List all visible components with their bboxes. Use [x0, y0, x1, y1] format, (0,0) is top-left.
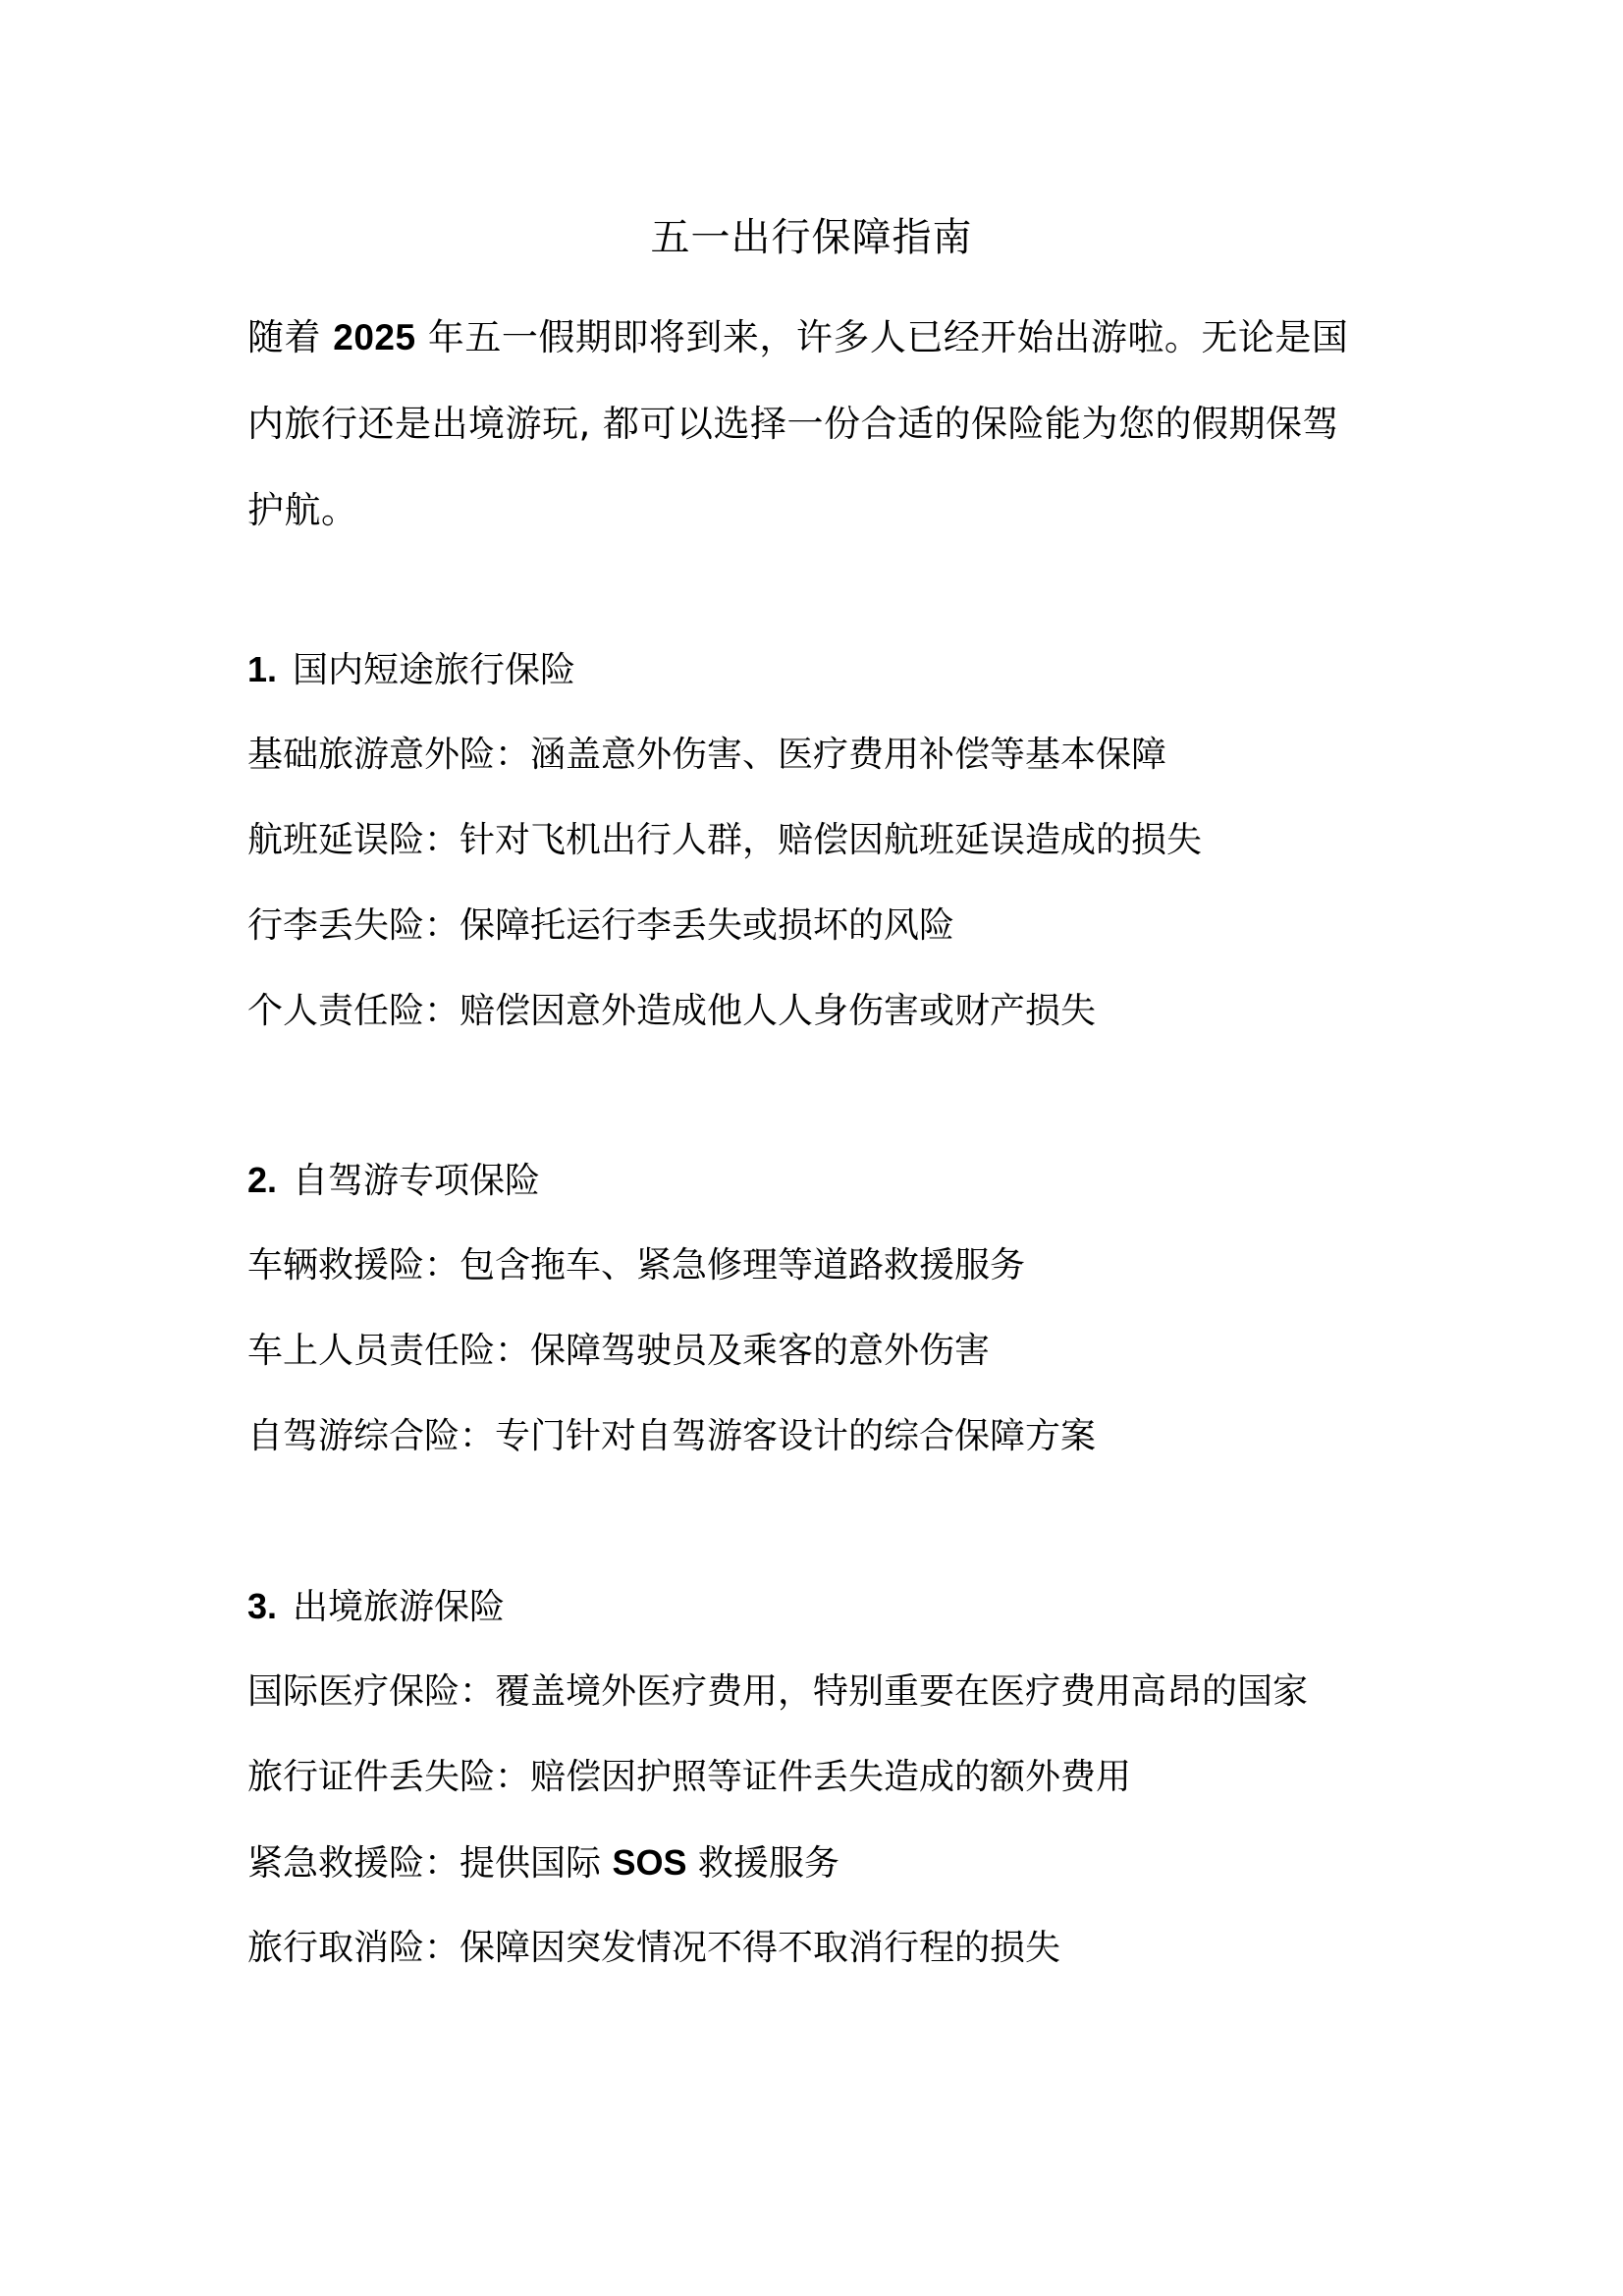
list-item: 基础旅游意外险：涵盖意外伤害、医疗费用补偿等基本保障 — [247, 726, 1426, 785]
intro-line-2: 内旅行还是出境游玩, 都可以选择一份合适的保险能为您的假期保驾 — [247, 381, 1396, 467]
list-item: 车辆救援险：包含拖车、紧急修理等道路救援服务 — [247, 1236, 1426, 1295]
list-item: 旅行证件丢失险：赔偿因护照等证件丢失造成的额外费用 — [247, 1748, 1426, 1807]
list-item: 航班延误险：针对飞机出行人群，赔偿因航班延误造成的损失 — [247, 811, 1426, 870]
list-item: 个人责任险：赔偿因意外造成他人人身伤害或财产损失 — [247, 982, 1426, 1041]
section-outbound-travel: 3.出境旅游保险 国际医疗保险：覆盖境外医疗费用，特别重要在医疗费用高昂的国家 … — [247, 1577, 1426, 1978]
list-item: 紧急救援险：提供国际 SOS 救援服务 — [247, 1833, 1426, 1892]
intro-line-3: 护航。 — [247, 467, 1396, 554]
item-text-pre: 紧急救援险：提供国际 — [247, 1843, 612, 1884]
intro-line-1: 随着 2025 年五一假期即将到来，许多人已经开始出游啦。无论是国 — [247, 295, 1396, 381]
section-title: 自驾游专项保险 — [293, 1161, 540, 1201]
section-self-drive: 2.自驾游专项保险 车辆救援险：包含拖车、紧急修理等道路救援服务 车上人员责任险… — [247, 1151, 1426, 1466]
list-item: 行李丢失险：保障托运行李丢失或损坏的风险 — [247, 897, 1426, 956]
list-item: 国际医疗保险：覆盖境外医疗费用，特别重要在医疗费用高昂的国家 — [247, 1663, 1426, 1722]
document-title: 五一出行保障指南 — [0, 208, 1623, 267]
sos-text: SOS — [612, 1842, 686, 1883]
intro-line-1-post: 年五一假期即将到来，许多人已经开始出游啦。无论是国 — [416, 316, 1349, 358]
section-number: 1. — [247, 649, 277, 689]
list-item: 自驾游综合险：专门针对自驾游客设计的综合保障方案 — [247, 1407, 1426, 1466]
intro-year: 2025 — [333, 317, 415, 357]
list-item: 车上人员责任险：保障驾驶员及乘客的意外伤害 — [247, 1322, 1426, 1381]
section-heading: 1.国内短途旅行保险 — [247, 640, 1426, 699]
item-text-post: 救援服务 — [686, 1843, 839, 1884]
section-title: 出境旅游保险 — [293, 1587, 505, 1627]
section-heading: 3.出境旅游保险 — [247, 1577, 1426, 1636]
intro-line-1-pre: 随着 — [247, 316, 333, 358]
document-page: 五一出行保障指南 随着 2025 年五一假期即将到来，许多人已经开始出游啦。无论… — [0, 0, 1623, 2296]
section-domestic-travel: 1.国内短途旅行保险 基础旅游意外险：涵盖意外伤害、医疗费用补偿等基本保障 航班… — [247, 640, 1426, 1041]
section-number: 3. — [247, 1586, 277, 1626]
section-heading: 2.自驾游专项保险 — [247, 1151, 1426, 1210]
list-item: 旅行取消险：保障因突发情况不得不取消行程的损失 — [247, 1919, 1426, 1978]
intro-paragraph: 随着 2025 年五一假期即将到来，许多人已经开始出游啦。无论是国 内旅行还是出… — [247, 295, 1396, 554]
section-title: 国内短途旅行保险 — [293, 650, 575, 690]
section-number: 2. — [247, 1160, 277, 1200]
